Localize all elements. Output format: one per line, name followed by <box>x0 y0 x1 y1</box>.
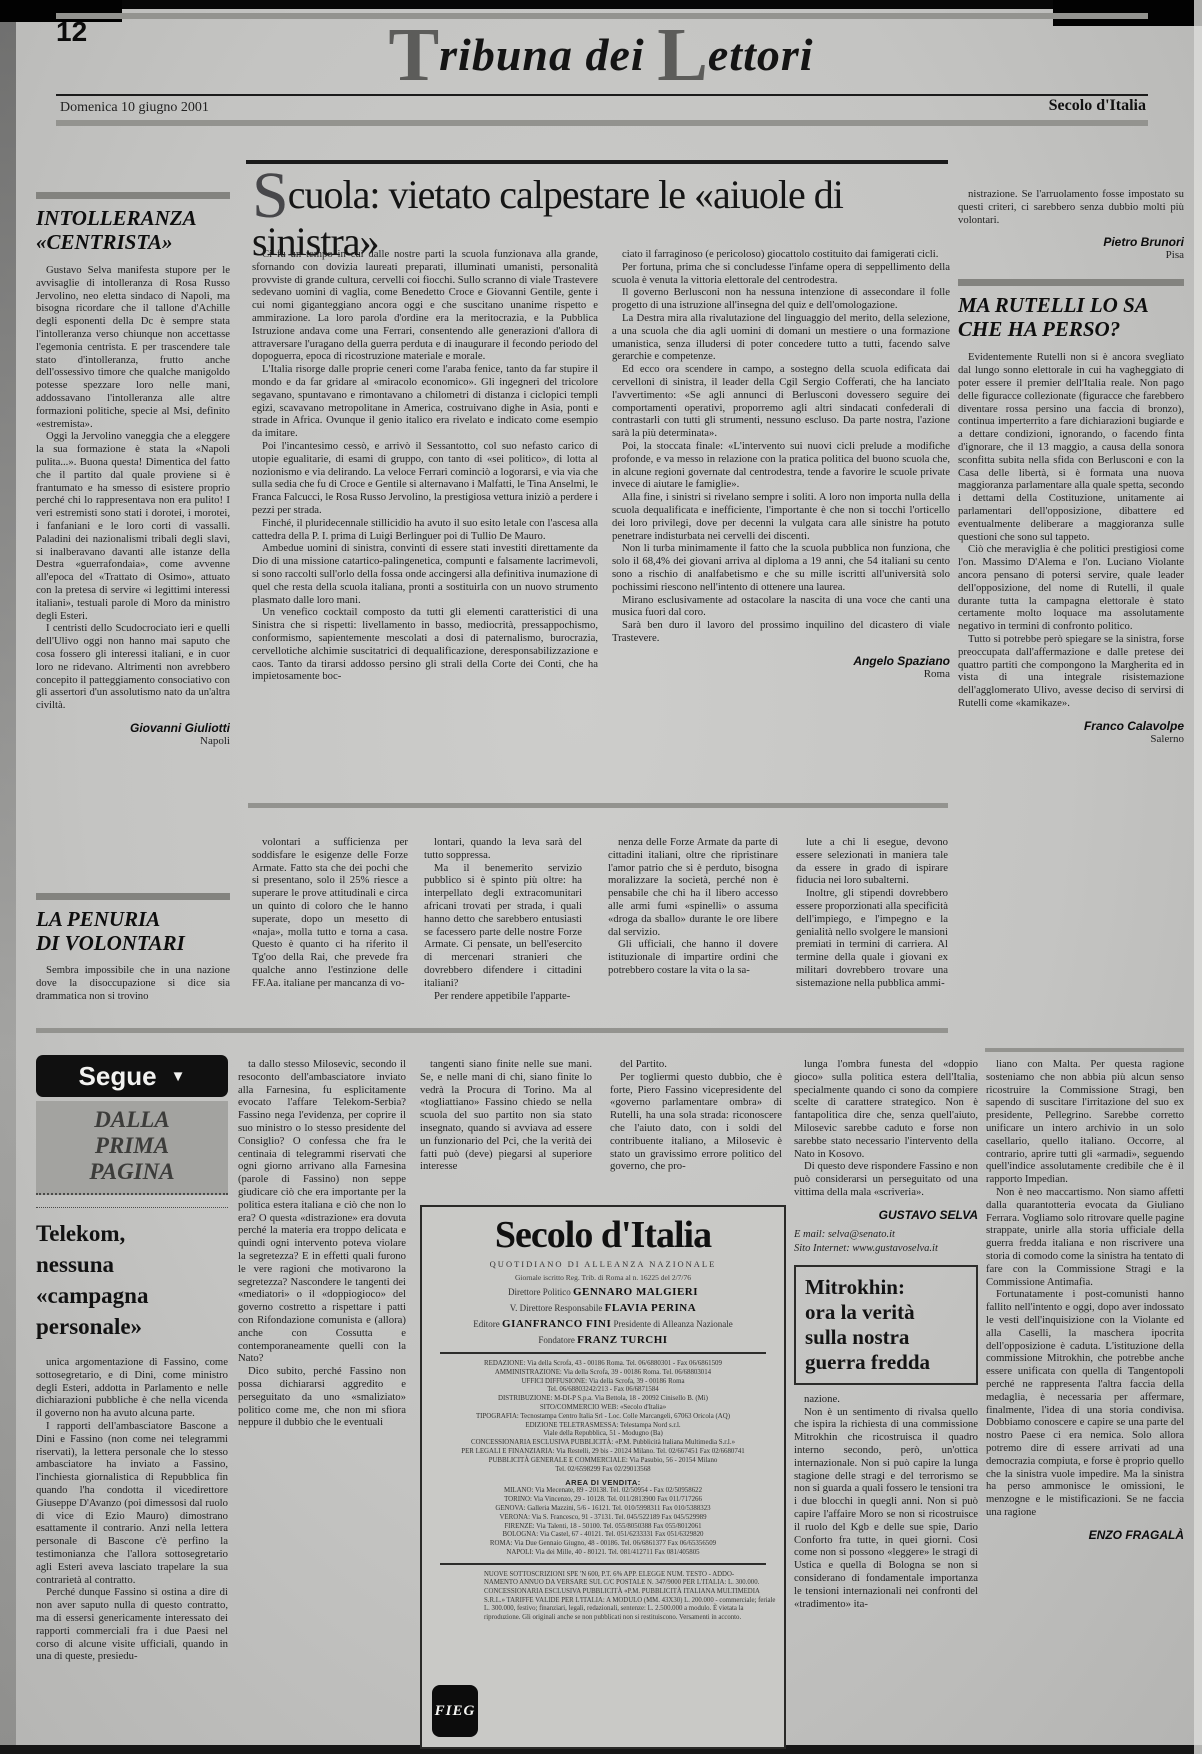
paragraph: lute a chi li esegue, devono essere sele… <box>796 836 948 887</box>
role-label: Direttore Politico <box>508 1287 571 1297</box>
paragraph: Oggi la Jervolino vaneggia che a elegger… <box>36 430 230 622</box>
paragraph: Ed ecco ora scendere in campo, a sostegn… <box>612 363 950 440</box>
header-top-rule <box>56 13 1148 19</box>
site-line: Sito Internet: www.gustavoselva.it <box>794 1242 978 1255</box>
role-label: Fondatore <box>538 1335 575 1345</box>
paragraph: Di questo deve rispondere Fassino e non … <box>794 1160 978 1198</box>
paragraph: Viale della Repubblica, 51 - Modugno (Ba… <box>422 1430 784 1439</box>
imprint-role-founder: Fondatore FRANZ TURCHI <box>422 1334 784 1346</box>
paragraph: Dico subito, perché Fassino non possa di… <box>238 1365 406 1429</box>
bottom-section-rule <box>36 1028 948 1033</box>
main-article-col-1: Ci fu un tempo in cui dalle nostre parti… <box>252 248 598 796</box>
imprint-subtitle: QUOTIDIANO DI ALLEANZA NAZIONALE <box>422 1259 784 1269</box>
paper-name: Secolo d'Italia <box>900 97 1146 115</box>
telekom-title: Telekom, nessuna «campagna personale» <box>36 1207 228 1342</box>
emblem-logo-text: FIEG <box>435 1703 476 1720</box>
band-rule <box>248 803 948 808</box>
telekom-col-5-body: lunga l'ombra funesta del «doppio gioco»… <box>794 1058 978 1199</box>
paragraph: Un venefico cocktail composto da tutti g… <box>252 606 598 683</box>
paragraph: CONCESSIONARIA ESCLUSIVA PUBBLICITÀ «P.M… <box>484 1588 776 1597</box>
mitrokhin-signature: ENZO FRAGALÀ <box>986 1528 1184 1542</box>
paragraph: Ciò che meraviglia è che politici presti… <box>958 543 1184 633</box>
paragraph: tangenti siano finite nelle sue mani. Se… <box>420 1058 592 1173</box>
mitrokhin-headline-box: Mitrokhin: ora la verità sulla nostra gu… <box>794 1265 978 1385</box>
telekom-signature: GUSTAVO SELVA <box>794 1208 978 1222</box>
scan-edge-left <box>0 0 16 1754</box>
right-letters-column: nistrazione. Se l'arruolamento fosse imp… <box>958 188 1184 1044</box>
heading-bar <box>36 192 230 199</box>
letter-rutelli-signature: Franco Calavolpe <box>958 719 1184 733</box>
main-article-signature: Angelo Spaziano <box>612 654 950 668</box>
paragraph: Non è un sentimento di rivalsa quello ch… <box>794 1406 978 1611</box>
main-article-city: Roma <box>612 668 950 680</box>
imprint-area-lines: MILANO: Via Mecenate, 89 - 20138. Tel. 0… <box>422 1487 784 1557</box>
letter-rutelli-city: Salerno <box>958 733 1184 745</box>
letter-rutelli-body: Evidentemente Rutelli non si è ancora sv… <box>958 351 1184 709</box>
paragraph: I rapporti dell'ambasciatore Bascone a D… <box>36 1420 228 1586</box>
paragraph: L'Italia risorge dalle proprie ceneri co… <box>252 363 598 440</box>
paragraph: del Partito. <box>610 1058 782 1071</box>
paragraph: La Destra mira alla rivalutazione del li… <box>612 312 950 363</box>
paragraph: SITO/COMMERCIO WEB: «Secolo d'Italia» <box>422 1404 784 1413</box>
paragraph: Alla fine, i sinistri si rivelano sempre… <box>612 491 950 542</box>
paragraph: Sembra impossibile che in una nazione do… <box>36 964 230 1002</box>
imprint-divider <box>440 1352 766 1354</box>
paragraph: NAPOLI: Via dei Mille, 40 - 80121. Tel. … <box>422 1549 784 1558</box>
paragraph: GENOVA: Galleria Mazzini, 5/6 - 16121. T… <box>422 1505 784 1514</box>
role-name: GIANFRANCO FINI <box>502 1318 611 1330</box>
masthead-bottom-rule <box>56 94 1148 96</box>
paragraph: UFFICI DIFFUSIONE: Via della Scrofa, 39 … <box>422 1378 784 1387</box>
paragraph: ta dallo stesso Milosevic, secondo il re… <box>238 1058 406 1365</box>
paragraph: FIRENZE: Via Talenti, 18 - 50100. Tel. 0… <box>422 1523 784 1532</box>
paragraph: DISTRIBUZIONE: M-DI-P S.p.a. Via Bettola… <box>422 1395 784 1404</box>
paragraph: Mirano esclusivamente ad ostacolare la n… <box>612 594 950 620</box>
paragraph: EDIZIONE TELETRASMESSA: Telestampa Nord … <box>422 1422 784 1431</box>
email-line: E mail: selva@senato.it <box>794 1228 978 1241</box>
paragraph: NAMENTO ANNUO DA VERSARE SUL C/C POSTALE… <box>484 1579 776 1588</box>
letter-penuria-intro: Sembra impossibile che in una nazione do… <box>36 964 230 1002</box>
letter-intolleranza-signature: Giovanni Giuliotti <box>36 721 230 735</box>
telekom-col-1-body: unica argomentazione di Fassino, come so… <box>36 1356 228 1663</box>
paragraph: nistrazione. Se l'arruolamento fosse imp… <box>958 188 1184 226</box>
penuria-band-col-2: lontari, quando la leva sarà del tutto s… <box>424 836 582 1012</box>
bottom-right-rule <box>985 1048 1184 1052</box>
segue-box: Segue ▼ <box>36 1055 228 1097</box>
paragraph: CONCESSIONARIA ESCLUSIVA PUBBLICITÀ: «P.… <box>422 1439 784 1448</box>
paragraph: AMMINISTRAZIONE: Via della Scrofa, 39 - … <box>422 1369 784 1378</box>
paragraph: Evidentemente Rutelli non si è ancora sv… <box>958 351 1184 543</box>
letter-penuria-start: LA PENURIA DI VOLONTARI Sembra impossibi… <box>36 893 230 1019</box>
imprint-info-lines: REDAZIONE: Via della Scrofa, 43 - 00186 … <box>422 1360 784 1474</box>
letter-intolleranza-city: Napoli <box>36 735 230 747</box>
penuria-continuation: nistrazione. Se l'arruolamento fosse imp… <box>958 188 1184 226</box>
paragraph: S.R.L.» TARIFFE VALIDE PER L'ITALIA: A M… <box>484 1597 776 1606</box>
paragraph: Per fortuna, prima che si concludesse l'… <box>612 261 950 287</box>
paragraph: Fortunatamente i post-comunisti hanno fa… <box>986 1288 1184 1518</box>
letter-intolleranza: INTOLLERANZA «CENTRISTA» Gustavo Selva m… <box>36 192 230 880</box>
imprint-title: Secolo d'Italia <box>422 1215 784 1255</box>
paragraph: MILANO: Via Mecenate, 89 - 20138. Tel. 0… <box>422 1487 784 1496</box>
paragraph: TORINO: Via Vincenzo, 29 - 10128. Tel. 0… <box>422 1496 784 1505</box>
main-article-col-2-body: ciato il farraginoso (e pericoloso) gioc… <box>612 248 950 645</box>
paragraph: Non è neo maccartismo. Non siamo affetti… <box>986 1186 1184 1288</box>
heading-bar <box>36 893 230 900</box>
mitrokhin-col-5-body: nazione.Non è un sentimento di rivalsa q… <box>794 1393 978 1611</box>
paragraph: I centristi dello Scudocrociato ieri e q… <box>36 622 230 712</box>
role-label: V. Direttore Responsabile <box>510 1303 603 1313</box>
paragraph: nazione. <box>794 1393 978 1406</box>
paragraph: Gustavo Selva manifesta stupore per le a… <box>36 264 230 430</box>
telekom-column-2: ta dallo stesso Milosevic, secondo il re… <box>238 1058 406 1748</box>
role-name: FLAVIA PERINA <box>605 1302 697 1314</box>
letter-penuria-signature: Pietro Brunori <box>958 235 1184 249</box>
imprint-role-publisher: Editore GIANFRANCO FINI Presidente di Al… <box>422 1318 784 1330</box>
column-selva-mitrokhin: lunga l'ombra funesta del «doppio gioco»… <box>794 1058 978 1748</box>
telekom-column-1: Segue ▼ DALLA PRIMA PAGINA Telekom, ness… <box>36 1055 228 1747</box>
heading-bar <box>958 279 1184 286</box>
imprint-area-title: AREA DI VENDITA: <box>422 1478 784 1487</box>
header-bottom-rule <box>56 120 1148 126</box>
paragraph: Per rendere appetibile l'apparte- <box>424 990 582 1003</box>
masthead-initial-l: L <box>657 13 708 97</box>
paragraph: Sarà ben duro il lavoro del prossimo inq… <box>612 619 950 645</box>
from-front-page-box: DALLA PRIMA PAGINA <box>36 1101 228 1195</box>
paragraph: Non li turba minimamente il fatto che la… <box>612 542 950 593</box>
imprint-role-vice-director: V. Direttore Responsabile FLAVIA PERINA <box>422 1302 784 1314</box>
masthead: Tribuna dei Lettori <box>0 26 1202 84</box>
paragraph: ciato il farraginoso (e pericoloso) gioc… <box>612 248 950 261</box>
role-name: FRANZ TURCHI <box>577 1334 667 1346</box>
paragraph: L. 300.000, festivo; finanziari, legali,… <box>484 1605 776 1614</box>
paragraph: Perché dunque Fassino si ostina a dire d… <box>36 1586 228 1663</box>
letter-penuria-title: LA PENURIA DI VOLONTARI <box>36 907 230 955</box>
imprint-subscription-lines: NUOVE SOTTOSCRIZIONI SPE 'N 600, P.T. 6%… <box>484 1571 776 1623</box>
paragraph: Ambedue uomini di sinistra, convinti di … <box>252 542 598 606</box>
paragraph: Gli ufficiali, che hanno il dovere istit… <box>608 938 778 976</box>
date-line: Domenica 10 giugno 2001 <box>60 100 209 116</box>
main-article-col-2: ciato il farraginoso (e pericoloso) gioc… <box>612 248 950 796</box>
paragraph: PUBBLICITÀ GENERALE E COMMERCIALE: Via P… <box>422 1457 784 1466</box>
role-name: GENNARO MALGIERI <box>573 1286 698 1298</box>
paragraph: Inoltre, gli stipendi dovrebbero essere … <box>796 887 948 989</box>
imprint-box: Secolo d'Italia QUOTIDIANO DI ALLEANZA N… <box>420 1205 786 1749</box>
paragraph: PER LEGALI E FINANZIARIA: Via Restelli, … <box>422 1448 784 1457</box>
paragraph: VERONA: Via S. Francesco, 91 - 37131. Te… <box>422 1514 784 1523</box>
paragraph: Ma il benemerito servizio pubblico si è … <box>424 862 582 990</box>
paragraph: lunga l'ombra funesta del «doppio gioco»… <box>794 1058 978 1160</box>
paragraph: lontari, quando la leva sarà del tutto s… <box>424 836 582 862</box>
paragraph: unica argomentazione di Fassino, come so… <box>36 1356 228 1420</box>
scan-edge-right <box>1194 0 1202 1754</box>
masthead-word-1: ribuna dei <box>439 29 657 80</box>
segue-arrow-icon: ▼ <box>171 1068 186 1085</box>
publisher-emblem-logo: FIEG <box>432 1685 478 1737</box>
imprint-registration: Giornale iscritto Reg. Trib. di Roma al … <box>422 1273 784 1282</box>
paragraph: Per togliermi questo dubbio, che è forte… <box>610 1071 782 1173</box>
imprint-role-director: Direttore Politico GENNARO MALGIERI <box>422 1286 784 1298</box>
paragraph: Finché, il pluridecennale stillicidio ha… <box>252 517 598 543</box>
main-headline-rule <box>246 160 948 164</box>
imprint-divider-2 <box>440 1563 766 1565</box>
paragraph: Tel. 06/68803242/213 - Fax 06/6871584 <box>422 1386 784 1395</box>
telekom-column-3: tangenti siano finite nelle sue mani. Se… <box>420 1058 592 1198</box>
paragraph: Il governo Berlusconi non ha nessuna int… <box>612 286 950 312</box>
paragraph: Ci fu un tempo in cui dalle nostre parti… <box>252 248 598 363</box>
penuria-band-col-4: lute a chi li esegue, devono essere sele… <box>796 836 948 1012</box>
masthead-initial-t: T <box>388 13 439 97</box>
paragraph: TIPOGRAFIA: Tecnostampa Centro Italia Sr… <box>422 1413 784 1422</box>
letter-rutelli-title: MA RUTELLI LO SA CHE HA PERSO? <box>958 293 1184 341</box>
role-label: Editore <box>473 1319 500 1329</box>
paragraph: BOLOGNA: Via Castel, 67 - 40121. Tel. 05… <box>422 1531 784 1540</box>
scan-edge-top <box>0 0 1202 9</box>
paragraph: volontari a sufficienza per soddisfare l… <box>252 836 408 990</box>
paragraph: NUOVE SOTTOSCRIZIONI SPE 'N 600, P.T. 6%… <box>484 1571 776 1580</box>
letter-intolleranza-title: INTOLLERANZA «CENTRISTA» <box>36 206 230 254</box>
newspaper-page: 12 Tribuna dei Lettori Domenica 10 giugn… <box>0 0 1202 1754</box>
paragraph: Tel. 02/6598299 Fax 02/29013568 <box>422 1466 784 1475</box>
paragraph: riproduzione. Gli originali anche se non… <box>484 1614 776 1623</box>
paragraph: Poi, la stoccata finale: «L'intervento s… <box>612 440 950 491</box>
letter-penuria-city: Pisa <box>958 249 1184 261</box>
mitrokhin-col-6-body: liano con Malta. Per questa ragione sost… <box>986 1058 1184 1519</box>
column-mitrokhin-end: liano con Malta. Per questa ragione sost… <box>986 1058 1184 1748</box>
paragraph: liano con Malta. Per questa ragione sost… <box>986 1058 1184 1186</box>
role-suffix: Presidente di Alleanza Nazionale <box>614 1319 733 1329</box>
paragraph: nenza delle Forze Armate da parte di cit… <box>608 836 778 938</box>
segue-label: Segue <box>79 1061 157 1092</box>
paragraph: Tutto si potrebbe però spiegare se la si… <box>958 633 1184 710</box>
masthead-word-2: ettori <box>708 29 814 80</box>
paragraph: ROMA: Via Due Gennaio Giugno, 48 - 00186… <box>422 1540 784 1549</box>
paragraph: Poi l'incantesimo cessò, e arrivò il Ses… <box>252 440 598 517</box>
penuria-band-col-3: nenza delle Forze Armate da parte di cit… <box>608 836 778 1012</box>
letter-intolleranza-body: Gustavo Selva manifesta stupore per le a… <box>36 264 230 712</box>
penuria-band-col-1: volontari a sufficienza per soddisfare l… <box>252 836 408 1012</box>
paragraph: REDAZIONE: Via della Scrofa, 43 - 00186 … <box>422 1360 784 1369</box>
telekom-column-4: del Partito.Per togliermi questo dubbio,… <box>610 1058 782 1198</box>
